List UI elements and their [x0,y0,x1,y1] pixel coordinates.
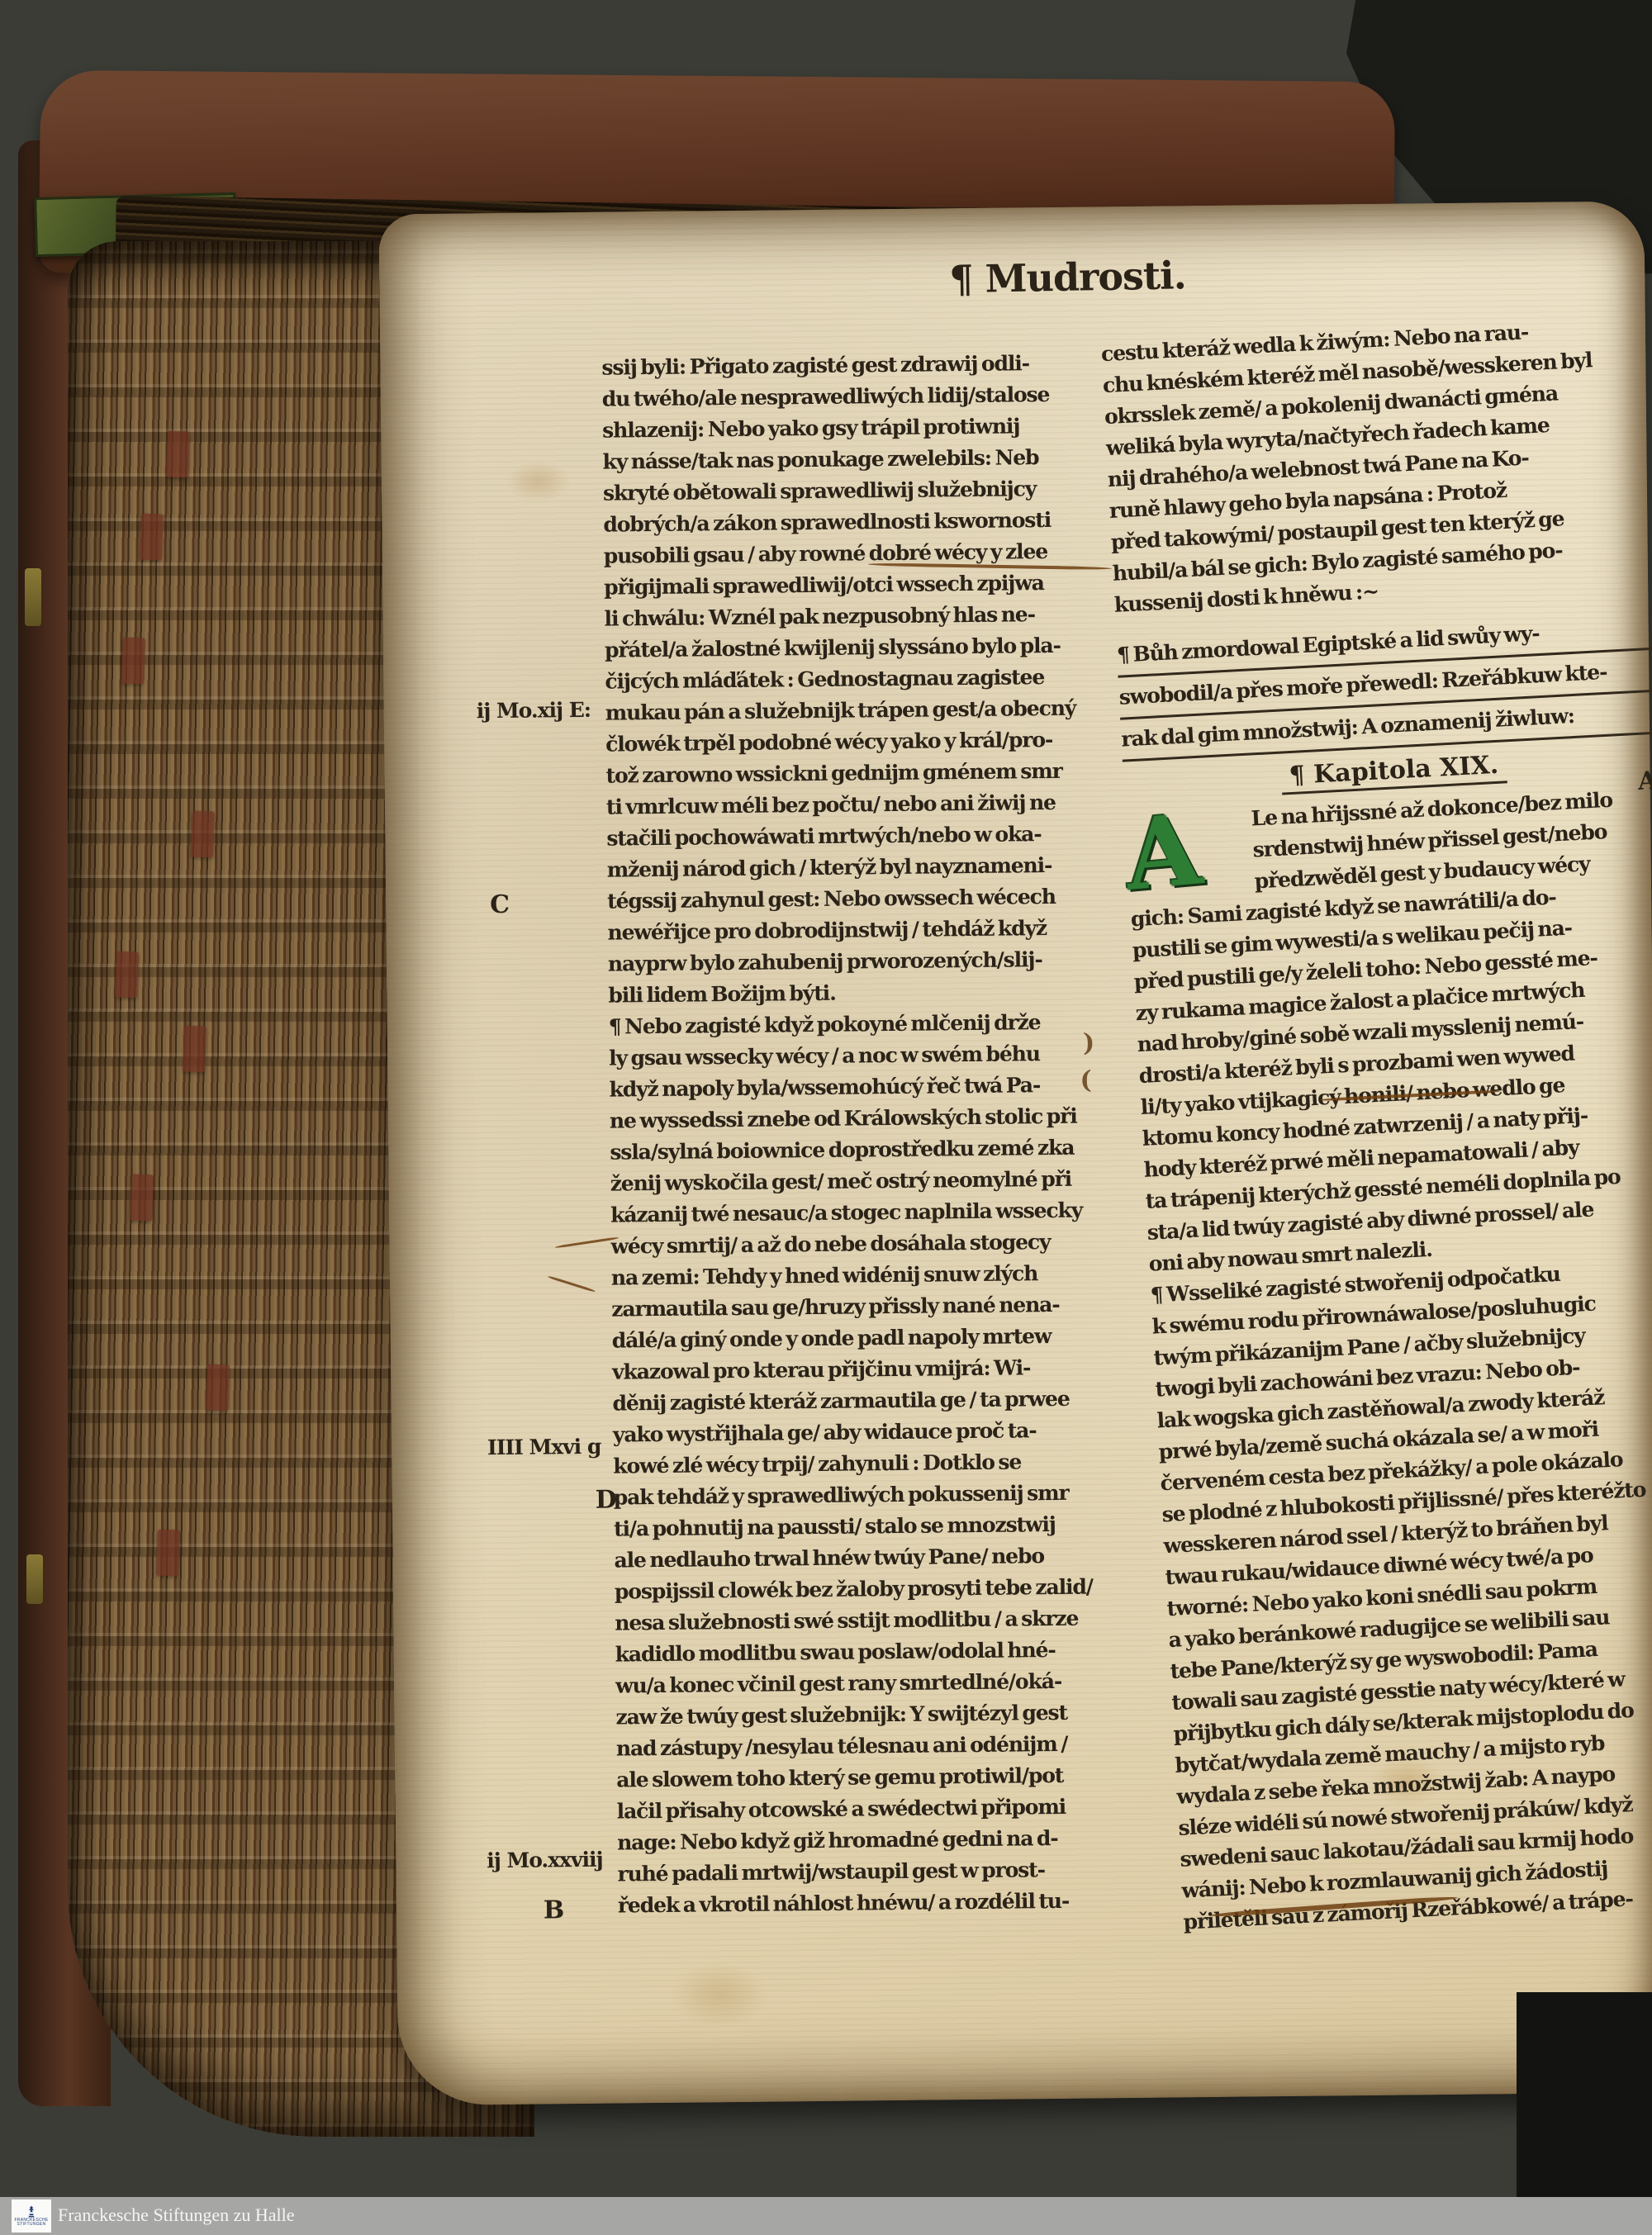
margin-bracket: ) [1083,1028,1095,1057]
text-line: zaw že twúy gest služebnijk: Y swijtézyl… [615,1696,1119,1733]
text-line: přigijmali sprawedliwij/otci wssech zpij… [604,567,1108,603]
text-line: stačili pochowáwati mrtwých/nebo w oka- [606,818,1110,854]
brass-fitting [26,1554,43,1604]
text-line: čijcých mláďátek : Gednostagnau zagistee [605,661,1108,697]
text-line: ale slowem toho který se gemu protiwil/p… [616,1759,1120,1796]
text-line: bili lidem Božijm býti. [608,975,1112,1011]
paper-stain [506,460,572,502]
text-line: na zemi: Tehdy y hned widénij snuw zlých [611,1257,1115,1293]
page-running-title: ¶ Mudrosti. [949,253,1186,301]
fore-edge-tab [115,951,139,999]
fore-edge-tab [121,638,145,685]
institution-label: Franckesche Stiftungen zu Halle [58,2204,295,2226]
text-line: ssla/sylná boiownice doprostředku zemé z… [610,1132,1113,1168]
text-line: ředek a vkrotil náhlost hnéwu/ a rozdéli… [618,1885,1122,1921]
text-line: když napoly byla/wssemohúcý řeč twá Pa- [609,1069,1113,1105]
text-line: dobrých/a zákon sprawedlnosti kswornosti [603,504,1107,540]
fore-edge-tab [166,431,190,478]
text-line: mukau pán a služebnijk trápen gest/a obe… [605,692,1109,728]
intro-paragraph: cestu kteráž wedla k žiwým: Nebo na rau-… [1100,311,1652,621]
viewer-footer: FRANCKESCHE STIFTUNGEN Franckesche Stift… [0,2197,1652,2235]
text-line: ne wyssedssi znebe od Králowských stolic… [610,1100,1113,1136]
text-line: wécy smrtij/ a až do nebe dosáhala stoge… [610,1226,1114,1262]
text-line: ženij wyskočila gest/ meč ostrý neomylné… [610,1163,1114,1199]
text-line: pak tehdáž y sprawedliwých pokussenij sm… [614,1477,1118,1513]
ink-pen-stroke [548,1275,596,1293]
text-line: kowé zlé wécy trpij/ zahynuli : Dotklo s… [613,1445,1117,1482]
text-line: zarmautila sau ge/hruzy přissly nané nen… [611,1288,1115,1325]
paper-stain [670,1962,770,2029]
text-line: skryté obětowali sprawedliwij služebnijc… [603,472,1107,509]
text-line: člowék trpěl podobné wécy yako y král/pr… [605,724,1109,760]
margin-section-letter: D [596,1486,617,1515]
fore-edge-tab [206,1364,230,1412]
text-line: li chwálu: Wznél pak nezpusobný hlas ne- [604,598,1108,634]
text-line: du twého/ale nesprawedliwých lidij/stalo… [602,378,1106,415]
margin-bracket: ( [1080,1065,1092,1094]
margin-section-letter: C [490,890,510,919]
text-line: nage: Nebo když giž hromadné gedni na d- [617,1822,1121,1858]
fore-edge-tab [140,514,164,561]
eagle-statue-icon [25,2205,38,2218]
margin-section-letter: B [544,1896,565,1924]
brass-fitting [25,568,41,626]
text-line: pospijssil clowék bez žaloby prosyti teb… [615,1571,1118,1607]
book-photo: ¶ Mudrosti. ssij byli: Přigato zagisté g… [0,0,1652,2197]
text-line: ly gsau wssecky wécy / a noc w swém béhu [609,1037,1113,1074]
fore-edge-tab [156,1530,180,1577]
text-line: nesa služebnosti swé sstijt modlitbu / a… [615,1602,1118,1639]
margin-section-letter: A [1637,766,1652,796]
text-line: shlazenij: Nebo yako gsy trápil protiwni… [602,410,1106,446]
fore-edge-tab [191,811,215,858]
text-line: nayprw bylo zahubenij prworozených/slij- [608,943,1112,980]
text-line: ssij byli: Přigato zagisté gest zdrawij … [601,347,1105,383]
text-line: ti vmrlcuw méli bez počtu/ nebo ani žiwi… [606,786,1110,823]
fore-edge-tab [183,1026,206,1073]
text-line: vkazowal pro kterau přijčinu vmijrá: Wi- [612,1351,1116,1388]
text-line: ¶ Nebo zagisté když pokoyné mlčenij drže [609,1006,1113,1042]
margin-citation: ij Mo.xij E: [477,698,591,723]
fore-edge-tab [130,1174,154,1222]
chapter-lines: Le na hřijssné až dokonce/bez milosrdens… [1125,781,1652,1938]
text-line: wu/a konec včinil gest rany smrtedlné/ok… [615,1665,1119,1701]
franckesche-stiftungen-logo: FRANCKESCHE STIFTUNGEN [12,2199,51,2233]
text-line: kázanij twé nesauc/a stogec naplnila wss… [610,1194,1114,1231]
margin-citation: ij Mo.xxviij [487,1848,603,1872]
text-line: děnij zagisté kteráž zarmautila ge / ta … [612,1383,1116,1419]
text-line: lačil přisahy otcowské a swédectwi připo… [617,1791,1121,1827]
text-line: ruhé padali mrtwij/wstaupil gest w prost… [617,1853,1121,1890]
text-line: tégssij zahynul gest: Nebo owssech wécec… [607,880,1111,917]
margin-citation: IIII Mxvi g [487,1435,601,1459]
text-line: ky násse/tak nas ponukage zwelebils: Neb [602,441,1106,477]
book-page: ¶ Mudrosti. ssij byli: Přigato zagisté g… [378,201,1652,2105]
text-line: kadidlo modlitbu swau poslaw/odolal hné- [615,1634,1119,1670]
text-column-left: ssij byli: Přigato zagisté gest zdrawij … [601,347,1122,1921]
text-line: přátel/a žalostné kwijlenij slyssáno byl… [605,629,1108,666]
text-line: ti/a pohnutij na paussti/ stalo se mnozs… [614,1508,1118,1545]
chapter-body: A Le na hřijssné až dokonce/bez milosrde… [1125,781,1652,1938]
text-line: nad zástupy /nesylau télesnau ani odénij… [616,1728,1120,1764]
background-shadow [1517,1992,1652,2207]
text-line: mženij národ gich / kterýž byl nayznamen… [607,849,1111,885]
text-line: yako wystřijhala ge/ aby widauce proč ta… [613,1414,1117,1450]
logo-text: STIFTUNGEN [17,2223,46,2227]
text-line: ale nedlauho trwal hnéw twúy Pane/ nebo [614,1540,1118,1576]
text-column-right: cestu kteráž wedla k žiwým: Nebo na rau-… [1100,311,1652,1938]
text-line: newéřijce pro dobrodijnstwij / tehdáž kd… [607,912,1111,948]
text-line: tož zarowno wssickni gednijm gménem smr [605,755,1109,791]
ink-pen-stroke [555,1236,619,1249]
illuminated-initial: A [1122,796,1255,914]
text-line: dálé/a giný onde y onde padl napoly mrte… [612,1320,1116,1356]
chapter-summary: ¶ Bůh zmordowal Egiptské a lid swůy wy-s… [1116,611,1652,762]
chapter-heading: ¶ Kapitola XIX. [1280,750,1507,795]
